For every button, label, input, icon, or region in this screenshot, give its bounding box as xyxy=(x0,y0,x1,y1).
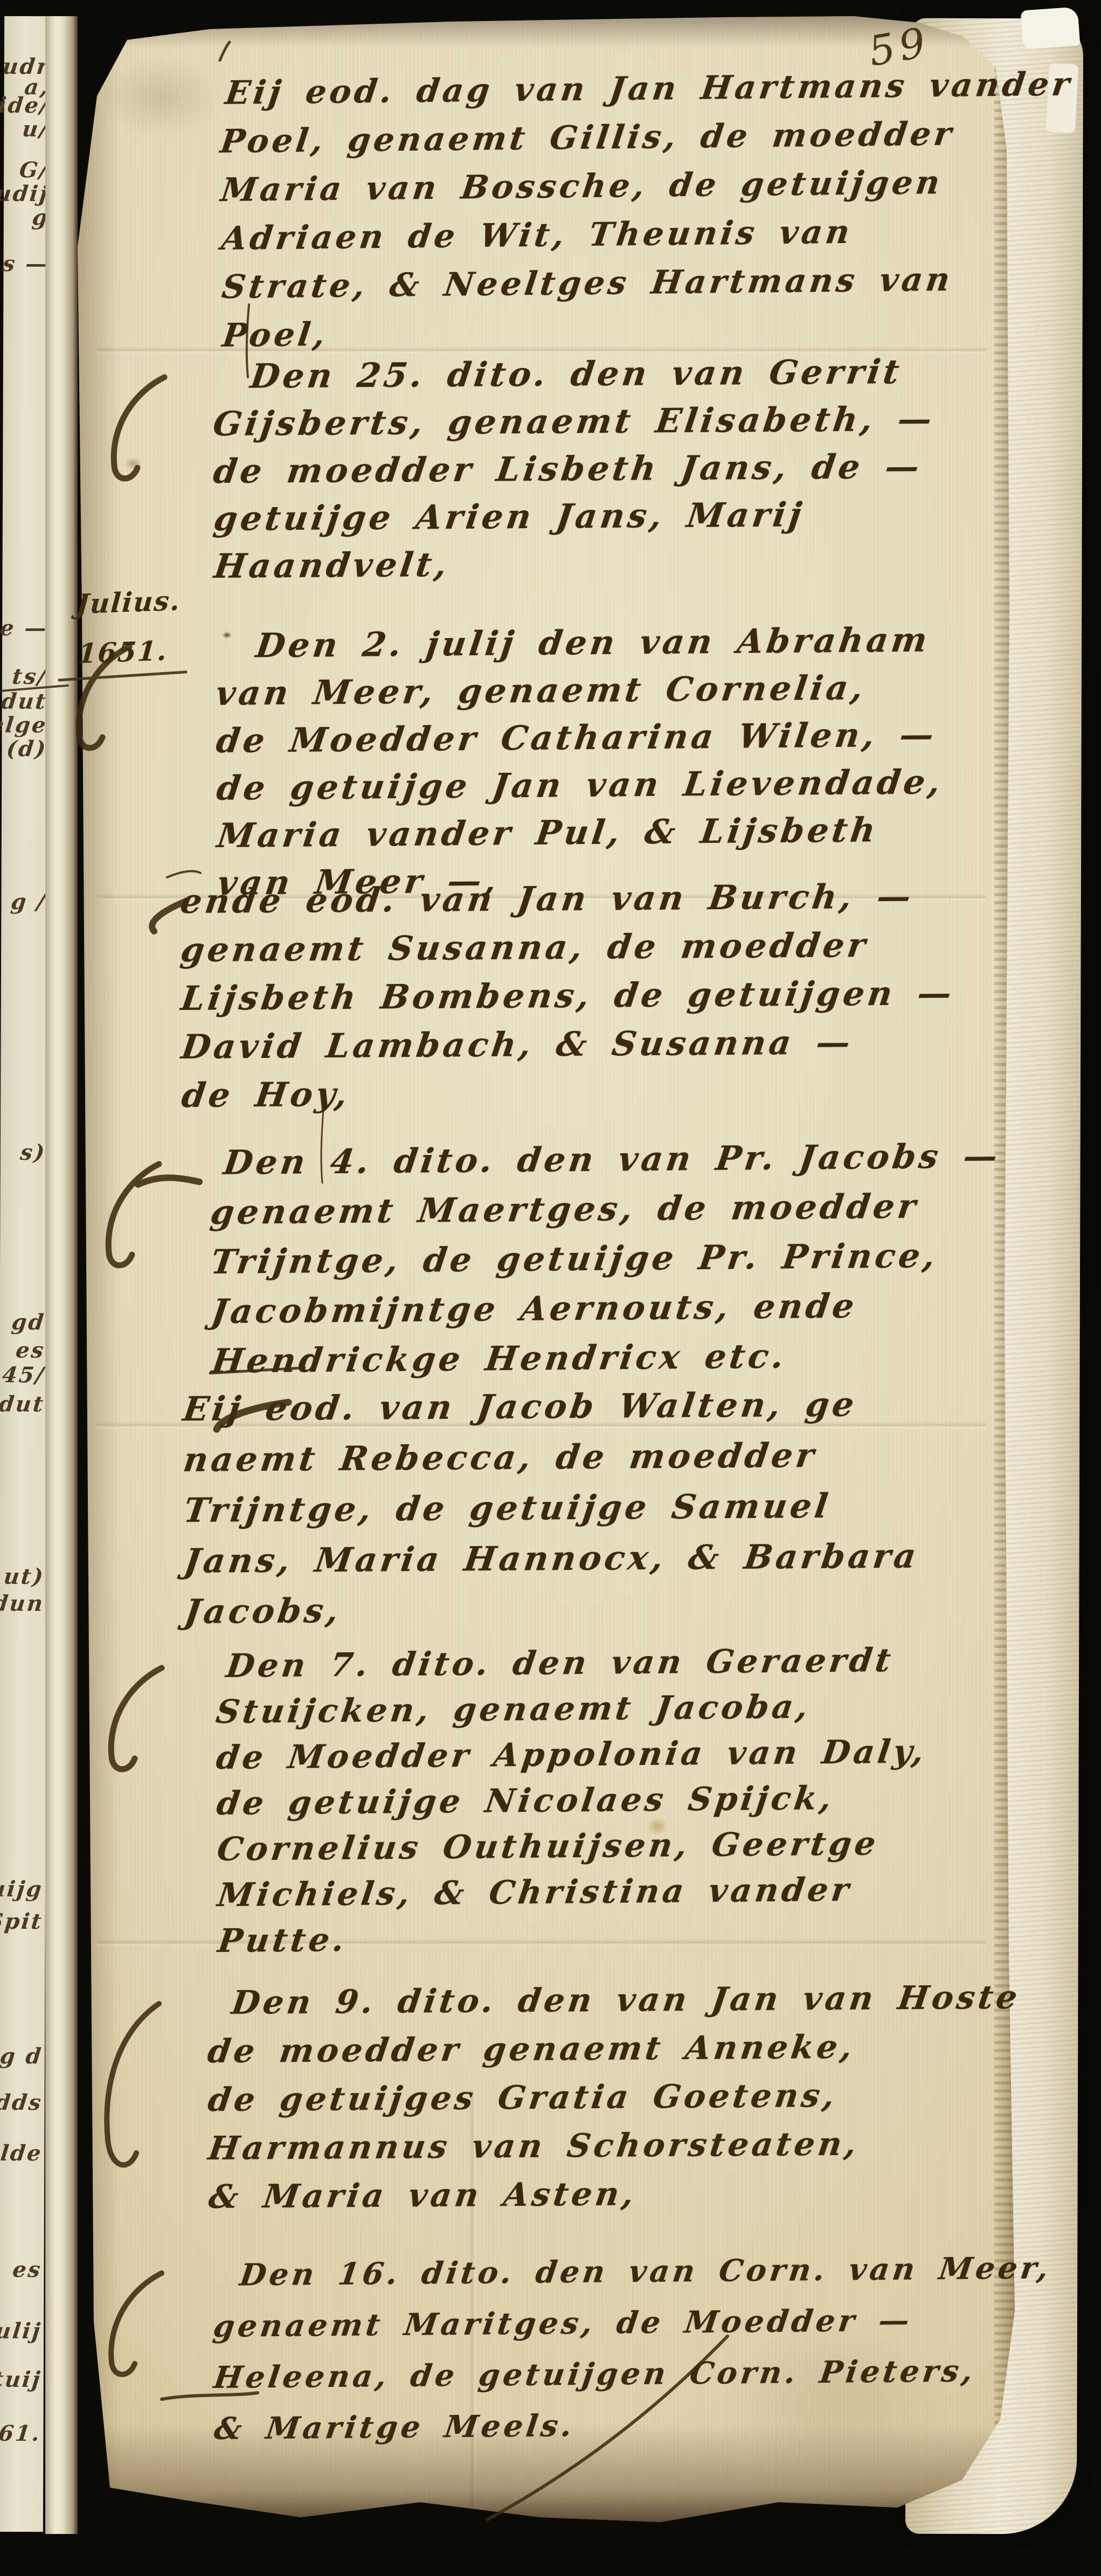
facing-page-text-fragment: es xyxy=(15,1338,46,1363)
facing-page-text-fragment: 45/ xyxy=(1,1362,46,1388)
facing-page-text-fragment: g dtuij xyxy=(0,2367,43,2393)
facing-page-text-fragment: e — xyxy=(0,615,49,641)
page-shadow-left xyxy=(75,15,121,2545)
paper-crease xyxy=(97,1939,986,1948)
facing-page-fragments: udra,ride/u/G/udijges —e —ts/dutelge(d)g… xyxy=(0,16,52,2532)
facing-page-text-fragment: odds xyxy=(0,2090,44,2115)
page-bottom-shadow xyxy=(75,2424,1034,2545)
facing-page-text-fragment: g d xyxy=(0,2044,44,2069)
facing-page-text-fragment: (d) xyxy=(5,736,49,761)
facing-page-text-fragment: Spit xyxy=(0,1909,44,1934)
page-edge-sliver xyxy=(1021,6,1081,49)
page-edge-sliver xyxy=(1046,63,1079,134)
margin-note-year: 1651. xyxy=(76,625,184,678)
paper-crease xyxy=(97,1422,986,1430)
facing-page-text-fragment: holde xyxy=(0,2141,44,2166)
facing-page-text-fragment: dun xyxy=(0,1591,45,1616)
facing-page-strip: udra,ride/u/G/udijges —e —ts/dutelge(d)g… xyxy=(0,16,52,2532)
paper-crease xyxy=(97,894,986,902)
facing-page-text-fragment: elge xyxy=(0,712,49,738)
facing-page-text-fragment: dut xyxy=(1,689,49,714)
margin-note-month: Julius. xyxy=(74,576,182,629)
facing-page-text-fragment: es — xyxy=(0,251,50,276)
manuscript-page xyxy=(75,15,1034,2545)
facing-page-text-fragment: udij xyxy=(0,181,51,206)
margin-note: Julius. 1651. xyxy=(75,576,183,679)
facing-page-text-fragment: ride/ xyxy=(0,93,51,118)
facing-page-text-fragment: uijg xyxy=(0,1876,45,1902)
facing-page-text-fragment: s) xyxy=(19,1140,47,1165)
facing-page-text-fragment: nadut xyxy=(0,1391,46,1417)
facing-page-text-fragment: ut) xyxy=(2,1564,46,1589)
gutter-fold xyxy=(45,16,78,2534)
facing-page-text-fragment: ts/ xyxy=(11,664,49,689)
facing-page-text-fragment: g / xyxy=(10,889,48,915)
facing-page-text-fragment: uulij xyxy=(0,2318,43,2344)
paper-crease xyxy=(97,347,986,355)
facing-page-text-fragment: gd xyxy=(10,1310,46,1335)
facing-page-text-fragment: 61. xyxy=(0,2421,43,2446)
facing-page-text-fragment: es xyxy=(11,2257,43,2282)
paper-texture xyxy=(75,15,1034,2545)
